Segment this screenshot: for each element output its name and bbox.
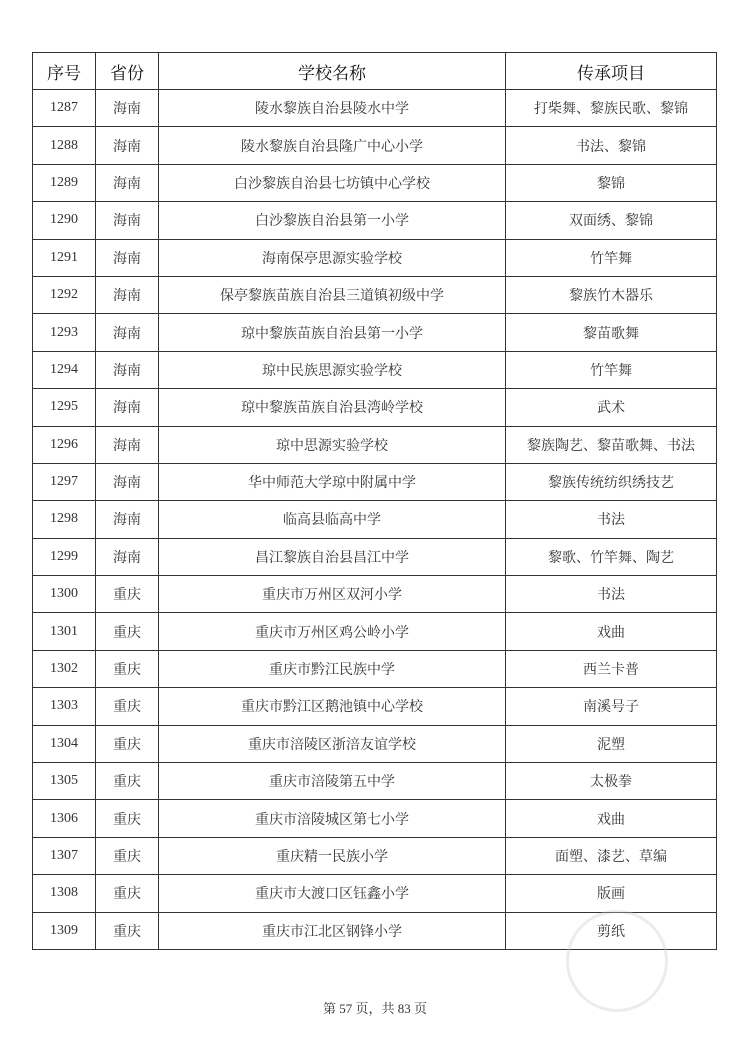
table-row: 1299海南昌江黎族自治县昌江中学黎歌、竹竿舞、陶艺 — [33, 538, 717, 575]
heritage-project-cell: 黎族陶艺、黎苗歌舞、书法 — [506, 426, 717, 463]
province-cell: 重庆 — [96, 576, 159, 613]
school-name-cell: 昌江黎族自治县昌江中学 — [159, 538, 506, 575]
row-number-cell: 1297 — [33, 463, 96, 500]
table-row: 1302重庆重庆市黔江民族中学西兰卡普 — [33, 650, 717, 687]
table-row: 1294海南琼中民族思源实验学校竹竿舞 — [33, 351, 717, 388]
row-number-cell: 1291 — [33, 239, 96, 276]
row-number-cell: 1293 — [33, 314, 96, 351]
header-heritage-project: 传承项目 — [506, 53, 717, 90]
school-name-cell: 白沙黎族自治县七坊镇中心学校 — [159, 164, 506, 201]
watermark-stamp — [566, 910, 668, 1012]
province-cell: 重庆 — [96, 837, 159, 874]
province-cell: 重庆 — [96, 725, 159, 762]
province-cell: 重庆 — [96, 613, 159, 650]
heritage-project-cell: 武术 — [506, 389, 717, 426]
heritage-project-cell: 西兰卡普 — [506, 650, 717, 687]
heritage-project-cell: 竹竿舞 — [506, 351, 717, 388]
heritage-project-cell: 版画 — [506, 875, 717, 912]
heritage-project-cell: 黎歌、竹竿舞、陶艺 — [506, 538, 717, 575]
row-number-cell: 1287 — [33, 90, 96, 127]
heritage-project-cell: 南溪号子 — [506, 688, 717, 725]
province-cell: 海南 — [96, 239, 159, 276]
school-name-cell: 重庆市涪陵第五中学 — [159, 763, 506, 800]
school-name-cell: 琼中黎族苗族自治县第一小学 — [159, 314, 506, 351]
school-name-cell: 重庆精一民族小学 — [159, 837, 506, 874]
table-row: 1290海南白沙黎族自治县第一小学双面绣、黎锦 — [33, 202, 717, 239]
province-cell: 重庆 — [96, 912, 159, 949]
table-row: 1295海南琼中黎族苗族自治县湾岭学校武术 — [33, 389, 717, 426]
table-row: 1289海南白沙黎族自治县七坊镇中心学校黎锦 — [33, 164, 717, 201]
school-name-cell: 重庆市江北区钢锋小学 — [159, 912, 506, 949]
row-number-cell: 1307 — [33, 837, 96, 874]
row-number-cell: 1294 — [33, 351, 96, 388]
school-name-cell: 重庆市涪陵城区第七小学 — [159, 800, 506, 837]
table-row: 1296海南琼中思源实验学校黎族陶艺、黎苗歌舞、书法 — [33, 426, 717, 463]
heritage-project-cell: 书法、黎锦 — [506, 127, 717, 164]
table-row: 1308重庆重庆市大渡口区钰鑫小学版画 — [33, 875, 717, 912]
province-cell: 重庆 — [96, 688, 159, 725]
header-number: 序号 — [33, 53, 96, 90]
heritage-project-cell: 竹竿舞 — [506, 239, 717, 276]
province-cell: 海南 — [96, 164, 159, 201]
row-number-cell: 1289 — [33, 164, 96, 201]
province-cell: 重庆 — [96, 800, 159, 837]
row-number-cell: 1292 — [33, 276, 96, 313]
row-number-cell: 1306 — [33, 800, 96, 837]
province-cell: 海南 — [96, 276, 159, 313]
heritage-project-cell: 双面绣、黎锦 — [506, 202, 717, 239]
school-name-cell: 临高县临高中学 — [159, 501, 506, 538]
row-number-cell: 1295 — [33, 389, 96, 426]
table-row: 1304重庆重庆市涪陵区浙涪友谊学校泥塑 — [33, 725, 717, 762]
table-row: 1298海南临高县临高中学书法 — [33, 501, 717, 538]
province-cell: 海南 — [96, 389, 159, 426]
province-cell: 海南 — [96, 426, 159, 463]
row-number-cell: 1288 — [33, 127, 96, 164]
school-name-cell: 重庆市大渡口区钰鑫小学 — [159, 875, 506, 912]
school-name-cell: 海南保亭思源实验学校 — [159, 239, 506, 276]
table-row: 1307重庆重庆精一民族小学面塑、漆艺、草编 — [33, 837, 717, 874]
table-row: 1293海南琼中黎族苗族自治县第一小学黎苗歌舞 — [33, 314, 717, 351]
school-name-cell: 重庆市涪陵区浙涪友谊学校 — [159, 725, 506, 762]
heritage-project-cell: 书法 — [506, 501, 717, 538]
row-number-cell: 1302 — [33, 650, 96, 687]
heritage-project-cell: 黎族传统纺织绣技艺 — [506, 463, 717, 500]
heritage-project-cell: 太极拳 — [506, 763, 717, 800]
school-name-cell: 保亭黎族苗族自治县三道镇初级中学 — [159, 276, 506, 313]
province-cell: 海南 — [96, 202, 159, 239]
table-body: 1287海南陵水黎族自治县陵水中学打柴舞、黎族民歌、黎锦1288海南陵水黎族自治… — [33, 90, 717, 950]
table-row: 1291海南海南保亭思源实验学校竹竿舞 — [33, 239, 717, 276]
province-cell: 海南 — [96, 463, 159, 500]
table-header-row: 序号 省份 学校名称 传承项目 — [33, 53, 717, 90]
province-cell: 海南 — [96, 314, 159, 351]
row-number-cell: 1308 — [33, 875, 96, 912]
province-cell: 海南 — [96, 90, 159, 127]
heritage-project-cell: 黎苗歌舞 — [506, 314, 717, 351]
heritage-project-cell: 泥塑 — [506, 725, 717, 762]
province-cell: 重庆 — [96, 875, 159, 912]
row-number-cell: 1299 — [33, 538, 96, 575]
province-cell: 海南 — [96, 501, 159, 538]
school-name-cell: 重庆市黔江区鹅池镇中心学校 — [159, 688, 506, 725]
row-number-cell: 1296 — [33, 426, 96, 463]
heritage-project-cell: 黎族竹木器乐 — [506, 276, 717, 313]
school-name-cell: 白沙黎族自治县第一小学 — [159, 202, 506, 239]
school-name-cell: 重庆市万州区双河小学 — [159, 576, 506, 613]
row-number-cell: 1309 — [33, 912, 96, 949]
school-name-cell: 重庆市黔江民族中学 — [159, 650, 506, 687]
school-list-table: 序号 省份 学校名称 传承项目 1287海南陵水黎族自治县陵水中学打柴舞、黎族民… — [32, 52, 717, 950]
heritage-project-cell: 书法 — [506, 576, 717, 613]
heritage-project-cell: 戏曲 — [506, 613, 717, 650]
school-name-cell: 琼中思源实验学校 — [159, 426, 506, 463]
table-row: 1287海南陵水黎族自治县陵水中学打柴舞、黎族民歌、黎锦 — [33, 90, 717, 127]
province-cell: 重庆 — [96, 650, 159, 687]
heritage-project-cell: 打柴舞、黎族民歌、黎锦 — [506, 90, 717, 127]
table-row: 1297海南华中师范大学琼中附属中学黎族传统纺织绣技艺 — [33, 463, 717, 500]
row-number-cell: 1304 — [33, 725, 96, 762]
table-row: 1305重庆重庆市涪陵第五中学太极拳 — [33, 763, 717, 800]
province-cell: 海南 — [96, 127, 159, 164]
province-cell: 重庆 — [96, 763, 159, 800]
row-number-cell: 1290 — [33, 202, 96, 239]
school-name-cell: 琼中黎族苗族自治县湾岭学校 — [159, 389, 506, 426]
row-number-cell: 1298 — [33, 501, 96, 538]
province-cell: 海南 — [96, 351, 159, 388]
school-name-cell: 陵水黎族自治县隆广中心小学 — [159, 127, 506, 164]
table-row: 1292海南保亭黎族苗族自治县三道镇初级中学黎族竹木器乐 — [33, 276, 717, 313]
heritage-project-cell: 黎锦 — [506, 164, 717, 201]
row-number-cell: 1301 — [33, 613, 96, 650]
row-number-cell: 1305 — [33, 763, 96, 800]
table-row: 1301重庆重庆市万州区鸡公岭小学戏曲 — [33, 613, 717, 650]
school-name-cell: 陵水黎族自治县陵水中学 — [159, 90, 506, 127]
heritage-project-cell: 戏曲 — [506, 800, 717, 837]
table-row: 1306重庆重庆市涪陵城区第七小学戏曲 — [33, 800, 717, 837]
province-cell: 海南 — [96, 538, 159, 575]
table-row: 1300重庆重庆市万州区双河小学书法 — [33, 576, 717, 613]
table-row: 1288海南陵水黎族自治县隆广中心小学书法、黎锦 — [33, 127, 717, 164]
header-province: 省份 — [96, 53, 159, 90]
table-row: 1303重庆重庆市黔江区鹅池镇中心学校南溪号子 — [33, 688, 717, 725]
row-number-cell: 1300 — [33, 576, 96, 613]
school-name-cell: 重庆市万州区鸡公岭小学 — [159, 613, 506, 650]
school-name-cell: 琼中民族思源实验学校 — [159, 351, 506, 388]
row-number-cell: 1303 — [33, 688, 96, 725]
page-number: 第 57 页，共 83 页 — [0, 998, 750, 1017]
header-school-name: 学校名称 — [159, 53, 506, 90]
school-name-cell: 华中师范大学琼中附属中学 — [159, 463, 506, 500]
heritage-project-cell: 面塑、漆艺、草编 — [506, 837, 717, 874]
